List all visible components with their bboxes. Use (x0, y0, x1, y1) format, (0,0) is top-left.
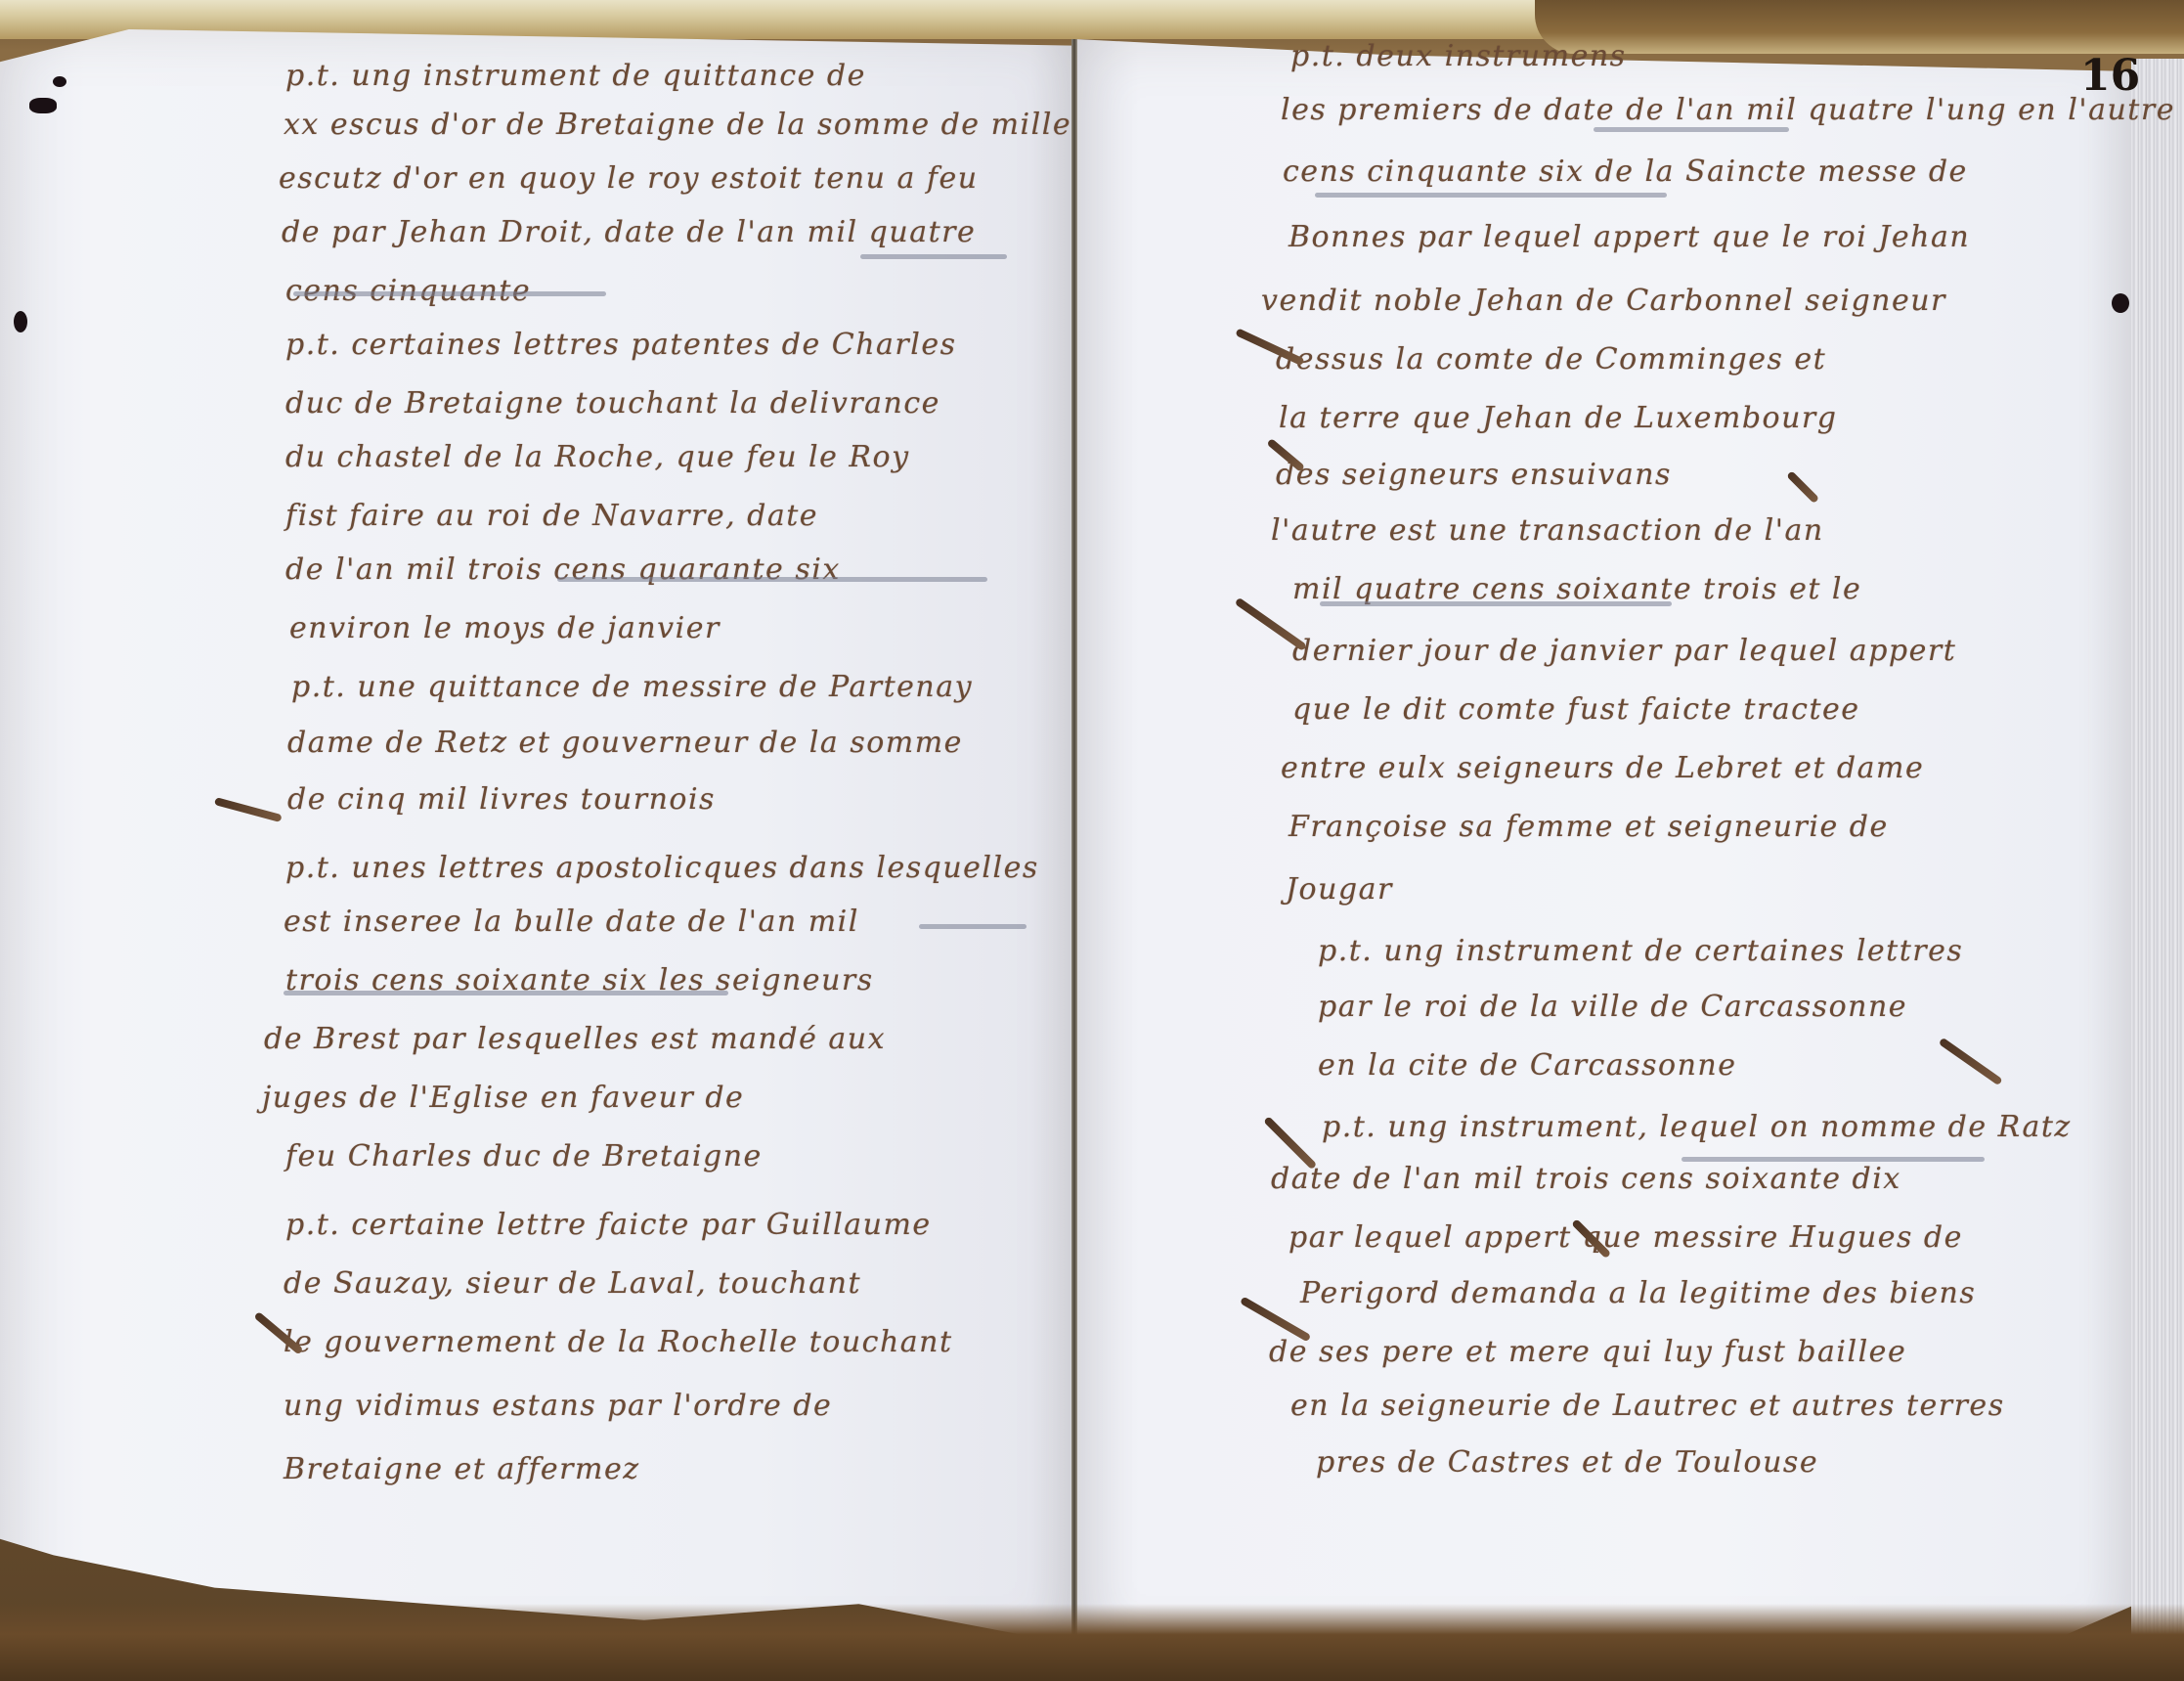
manuscript-line: pres de Castres et de Toulouse (1316, 1445, 1818, 1480)
manuscript-line: entre eulx seigneurs de Lebret et dame (1281, 751, 1924, 785)
manuscript-line: le gouvernement de la Rochelle touchant (284, 1325, 953, 1359)
manuscript-line: p.t. certaine lettre faicte par Guillaum… (285, 1208, 932, 1242)
manuscript-line: escutz d'or en quoy le roy estoit tenu a… (279, 161, 979, 196)
manuscript-line: Perigord demanda a la legitime des biens (1300, 1276, 1976, 1310)
manuscript-line: par le roi de la ville de Carcassonne (1318, 990, 1907, 1024)
manuscript-line: p.t. ung instrument de certaines lettres (1318, 934, 1963, 968)
manuscript-line: de cinq mil livres tournois (287, 782, 716, 817)
manuscript-line: en la cite de Carcassonne (1318, 1048, 1736, 1083)
manuscript-line: p.t. certaines lettres patentes de Charl… (285, 328, 957, 362)
manuscript-line: de Sauzay, sieur de Laval, touchant (284, 1266, 861, 1301)
manuscript-line: cens cinquante six de la Saincte messe d… (1283, 155, 1968, 189)
manuscript-line: des seigneurs ensuivans (1276, 458, 1672, 492)
pencil-underline (284, 991, 728, 995)
manuscript-line: en la seigneurie de Lautrec et autres te… (1290, 1389, 2005, 1423)
manuscript-line: dessus la comte de Comminges et (1276, 342, 1826, 376)
manuscript-line: que le dit comte fust faicte tractee (1292, 692, 1860, 727)
manuscript-line: de ses pere et mere qui luy fust baillee (1269, 1335, 1906, 1369)
manuscript-line: vendit noble Jehan de Carbonnel seigneur (1261, 284, 1946, 318)
manuscript-line: juges de l'Eglise en faveur de (262, 1081, 744, 1115)
manuscript-line: date de l'an mil trois cens soixante dix (1271, 1162, 1901, 1196)
pencil-underline (1594, 127, 1789, 132)
manuscript-line: Jougar (1286, 872, 1393, 907)
manuscript-line: est inseree la bulle date de l'an mil (284, 905, 859, 939)
manuscript-line: de Brest par lesquelles est mandé aux (264, 1022, 886, 1056)
manuscript-line: p.t. ung instrument de quittance de (285, 59, 866, 93)
manuscript-line: p.t. une quittance de messire de Partena… (291, 670, 973, 704)
manuscript-line: dernier jour de janvier par lequel apper… (1292, 634, 1956, 668)
manuscript-line: Bonnes par lequel appert que le roi Jeha… (1289, 220, 1970, 254)
manuscript-line: p.t. deux instrumens (1290, 39, 1627, 73)
wooden-cover-edge (1535, 0, 2184, 54)
manuscript-line: Bretaigne et affermez (284, 1452, 640, 1486)
manuscript-line: l'autre est une transaction de l'an (1271, 513, 1824, 548)
ink-dot-top-left (53, 76, 66, 87)
manuscript-line: p.t. ung instrument, lequel on nomme de … (1322, 1110, 2072, 1144)
manuscript-line: Françoise sa femme et seigneurie de (1289, 810, 1889, 844)
gutter-fold (1071, 39, 1077, 1643)
ink-blot-top-left (29, 98, 57, 113)
manuscript-line: ung vidimus estans par l'ordre de (284, 1389, 832, 1423)
pencil-underline (1682, 1157, 1985, 1162)
pencil-underline (919, 924, 1026, 929)
ink-blot-right-margin (2112, 293, 2129, 313)
manuscript-line: feu Charles duc de Bretaigne (285, 1139, 763, 1173)
manuscript-line: les premiers de date de l'an mil quatre … (1281, 93, 2175, 127)
pencil-underline (860, 254, 1007, 259)
manuscript-line: fist faire au roi de Navarre, date (285, 499, 818, 533)
pencil-underline (1315, 193, 1667, 198)
manuscript-line: duc de Bretaigne touchant la delivrance (285, 386, 940, 420)
pencil-underline (293, 291, 606, 296)
manuscript-line: du chastel de la Roche, que feu le Roy (285, 440, 910, 474)
ink-blot-left-margin (14, 311, 27, 332)
bottom-binding-edge (0, 1604, 2184, 1681)
manuscript-line: la terre que Jehan de Luxembourg (1279, 401, 1837, 435)
manuscript-line: dame de Retz et gouverneur de la somme (287, 726, 963, 760)
pencil-underline (1320, 601, 1672, 606)
manuscript-line: par lequel appert que messire Hugues de (1289, 1220, 1963, 1255)
pencil-underline (557, 577, 987, 582)
manuscript-line: environ le moys de janvier (289, 611, 721, 645)
manuscript-line: p.t. unes lettres apostolicques dans les… (285, 851, 1039, 885)
manuscript-line: de par Jehan Droit, date de l'an mil qua… (282, 215, 976, 249)
manuscript-line: xx escus d'or de Bretaigne de la somme d… (284, 108, 1071, 142)
manuscript-spread: 16 p.t. ung instrument de quittance dexx… (0, 0, 2184, 1681)
stacked-page-edges (2131, 59, 2184, 1662)
